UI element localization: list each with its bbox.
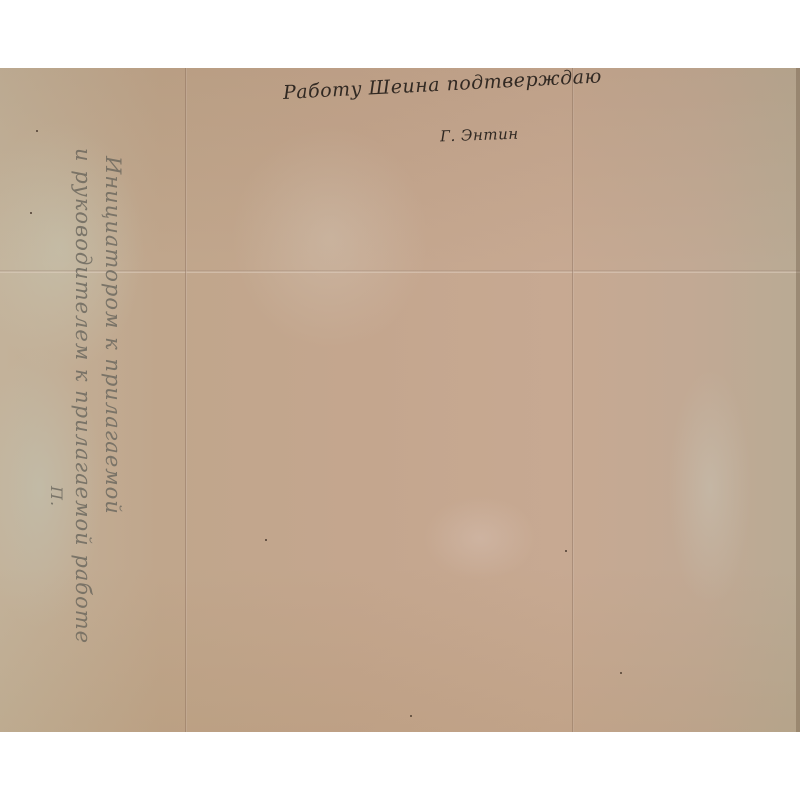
paper-speck (565, 550, 567, 552)
pencil-note-column-1: Инициатором к прилагаемой (101, 156, 125, 515)
paper-speck (265, 539, 267, 541)
left-vertical-fold-line (185, 68, 187, 732)
paper-speck (410, 715, 412, 717)
right-vertical-fold-line (572, 68, 574, 732)
ink-signature: Г. Энтин (440, 125, 519, 146)
ink-confirmation-text: Работу Шеина подтверждаю (282, 68, 602, 104)
paper-speck (620, 672, 622, 674)
document-photo: Работу Шеина подтверждаю Г. Энтин Инициа… (0, 68, 800, 732)
pencil-note-mark: П. (47, 486, 66, 507)
paper-edge (796, 68, 800, 732)
paper-speck (30, 212, 32, 214)
pencil-note-column-2: и руководителем к прилагаемой работе (71, 148, 95, 644)
paper-speck (36, 130, 38, 132)
